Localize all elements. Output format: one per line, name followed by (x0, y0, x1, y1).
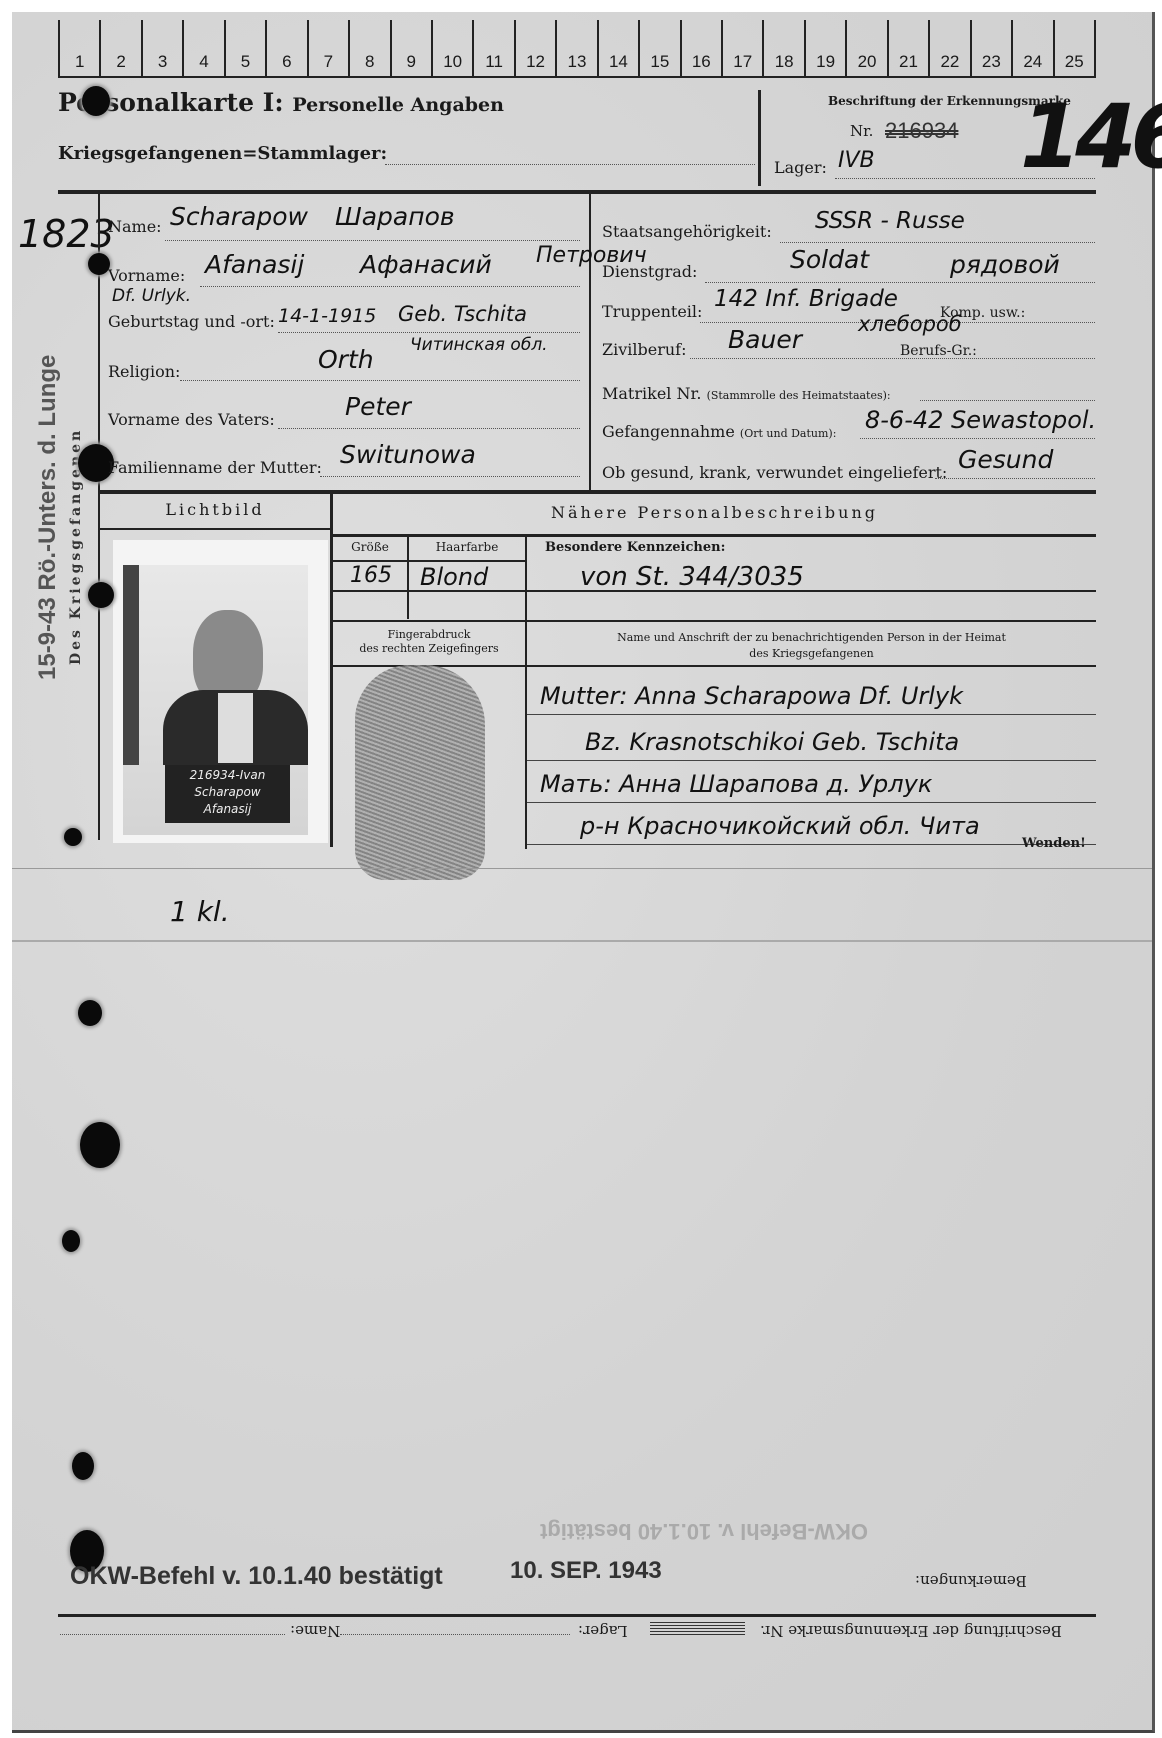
birthplace-note: Df. Urlyk. (112, 286, 191, 306)
staat-value: SSSR - Russe (815, 208, 965, 234)
zivilberuf-label: Zivilberuf: (602, 340, 686, 359)
ruler-cell: 13 (555, 20, 596, 76)
groesse-value: 165 (350, 563, 392, 588)
card-title: Personalkarte I: Personelle Angaben (58, 88, 504, 117)
kennzeichen-label: Besondere Kennzeichen: (545, 540, 725, 555)
kennzeichen-value: von St. 344/3035 (580, 562, 804, 592)
prisoner-photo: 216934-Ivan Scharapow Afanasij (113, 540, 328, 843)
staat-label: Staatsangehörigkeit: (602, 222, 772, 241)
photo-image: 216934-Ivan Scharapow Afanasij (123, 565, 308, 835)
religion-field (180, 380, 580, 381)
punch-hole (80, 1122, 120, 1168)
ruler-cell: 19 (804, 20, 845, 76)
haarfarbe-value: Blond (420, 563, 488, 591)
ruler-cell: 4 (182, 20, 223, 76)
vater-field (278, 428, 580, 429)
ruler-cell: 10 (431, 20, 472, 76)
naehere-label: Nähere Personalbeschreibung (333, 503, 1096, 522)
notify-line: Мать: Анна Шарапова д. Урлук (540, 770, 932, 798)
geburt-value: 14-1-1915 (278, 305, 376, 327)
punch-hole (82, 86, 110, 116)
corner-number: 146 (1020, 85, 1162, 188)
mutter-field (320, 476, 580, 477)
ruler-cell: 25 (1053, 20, 1096, 76)
dienstgrad-label: Dienstgrad: (602, 262, 697, 281)
religion-value: Orth (318, 345, 374, 374)
ruler-cell: 16 (680, 20, 721, 76)
vater-label: Vorname des Vaters: (108, 410, 275, 429)
ruler-cell: 14 (597, 20, 638, 76)
gefangen-field (860, 438, 1095, 439)
fold-line-2 (12, 940, 1152, 942)
vorname-value-cyrillic: Афанасий (360, 250, 492, 279)
nr-label: Nr. (850, 122, 873, 140)
header-divider (758, 90, 761, 186)
notify-label: Name und Anschrift der zu benachrichtige… (527, 630, 1096, 662)
struck-field (650, 1622, 745, 1636)
zivilberuf-field (690, 358, 1095, 359)
mutter-value: Switunowa (340, 440, 476, 469)
geburt-place-cyrillic: Читинская обл. (410, 335, 548, 355)
staat-field (780, 242, 1095, 243)
ruler-cell: 24 (1011, 20, 1052, 76)
haarfarbe-label: Haarfarbe (409, 540, 525, 554)
xray-stamp: 15-9-43 Rö.-Unters. d. Lunge (34, 355, 62, 680)
vorname-value: Afanasij (205, 250, 304, 279)
lager-label: Lager: (774, 158, 827, 177)
lichtbild-label: Lichtbild (100, 500, 330, 519)
ruler-cell: 11 (472, 20, 513, 76)
vorname-field (200, 286, 580, 287)
punch-hole (78, 1000, 102, 1026)
truppenteil-value: 142 Inf. Brigade (714, 286, 898, 312)
fingerprint (355, 665, 485, 880)
finger-label: Fingerabdruck des rechten Zeigefingers (333, 628, 525, 656)
matrikel-field (920, 400, 1095, 401)
ruler-cell: 9 (390, 20, 431, 76)
bottom-rule (58, 1614, 1096, 1617)
section-rule (98, 490, 1096, 494)
mutter-label: Familienname der Mutter: (108, 458, 322, 477)
bottom-lager-label: Lager: (578, 1622, 628, 1640)
gefangen-label: Gefangennahme (Ort und Datum): (602, 422, 836, 441)
column-divider (589, 190, 591, 490)
ruler-cell: 18 (762, 20, 803, 76)
name-field (165, 240, 580, 241)
notify-line: р-н Красночикойский обл. Чита (580, 812, 980, 840)
ruler-cell: 15 (638, 20, 679, 76)
class-note: 1 kl. (170, 895, 230, 928)
bottom-marke-label: Beschriftung der Erkennungsmarke Nr. (760, 1622, 1062, 1640)
punch-hole (88, 582, 114, 608)
ruler-cell: 2 (99, 20, 140, 76)
geburt-label: Geburtstag und -ort: (108, 312, 275, 331)
ruler-cell: 5 (224, 20, 265, 76)
ruler-cell: 17 (721, 20, 762, 76)
photo-name-board: 216934-Ivan Scharapow Afanasij (165, 765, 290, 823)
religion-label: Religion: (108, 362, 180, 381)
berufs-label: Berufs-Gr.: (900, 343, 977, 359)
ruler-cell: 12 (514, 20, 555, 76)
card-subtitle: Personelle Angaben (292, 94, 504, 116)
ruler-cell: 8 (348, 20, 389, 76)
punch-hole (88, 253, 110, 275)
geburt-field (278, 332, 580, 333)
column-ruler: 1234567891011121314151617181920212223242… (58, 20, 1096, 78)
vater-value: Peter (345, 392, 411, 421)
name-value-cyrillic: Шарапов (335, 202, 455, 231)
zivilberuf-value: Bauer (728, 325, 802, 354)
groesse-label: Größe (333, 540, 407, 554)
margin-number: 1823 (18, 212, 115, 256)
dienstgrad-field (705, 282, 1095, 283)
name-value: Scharapow (170, 202, 308, 231)
lichtbild-rule (100, 528, 330, 530)
ruler-cell: 20 (845, 20, 886, 76)
ruler-cell: 1 (58, 20, 99, 76)
lager-value: IVB (838, 148, 875, 173)
stamp-date: 10. SEP. 1943 (510, 1557, 662, 1585)
bemerkungen-label: Bemerkungen: (915, 1572, 1027, 1590)
ruler-cell: 7 (307, 20, 348, 76)
ruler-cell: 21 (887, 20, 928, 76)
faded-stamp-mirror: OKW-Befehl v. 10.1.40 bestätigt (540, 1518, 868, 1544)
wenden-label: Wenden! (1022, 836, 1086, 851)
ruler-cell: 22 (928, 20, 969, 76)
gefangen-value: 8-6-42 Sewastopol. (865, 406, 1096, 434)
notify-line: Mutter: Anna Scharapowa Df. Urlyk (540, 682, 963, 710)
geburt-place: Geb. Tschita (398, 302, 527, 326)
punch-hole (64, 828, 82, 846)
zivilberuf-cyrillic: хлебороб (858, 312, 962, 336)
matrikel-label: Matrikel Nr. (Stammrolle des Heimatstaat… (602, 384, 891, 403)
gesund-value: Gesund (958, 445, 1053, 474)
name-label: Name: (108, 217, 162, 236)
header-rule (58, 190, 1096, 194)
ruler-cell: 23 (970, 20, 1011, 76)
dienstgrad-cyrillic: рядовой (950, 250, 1060, 279)
vorname-label: Vorname: (108, 266, 185, 285)
ruler-cell: 6 (265, 20, 306, 76)
dienstgrad-value: Soldat (790, 245, 869, 274)
nr-value: 216934 (885, 118, 958, 144)
punch-hole (72, 1452, 94, 1480)
notify-line: Bz. Krasnotschikoi Geb. Tschita (585, 728, 959, 756)
gesund-label: Ob gesund, krank, verwundet eingeliefert… (602, 463, 947, 482)
stammlager-field (385, 164, 755, 165)
okw-stamp: OKW-Befehl v. 10.1.40 bestätigt (70, 1562, 443, 1591)
stammlager-label: Kriegsgefangenen=Stammlager: (58, 143, 387, 164)
truppenteil-label: Truppenteil: (602, 302, 702, 321)
bottom-name-label: Name: (290, 1622, 340, 1640)
fold-line-1 (12, 868, 1152, 869)
punch-hole (62, 1230, 80, 1252)
desc-rule (333, 534, 1096, 537)
ruler-cell: 3 (141, 20, 182, 76)
gesund-field (935, 478, 1095, 479)
